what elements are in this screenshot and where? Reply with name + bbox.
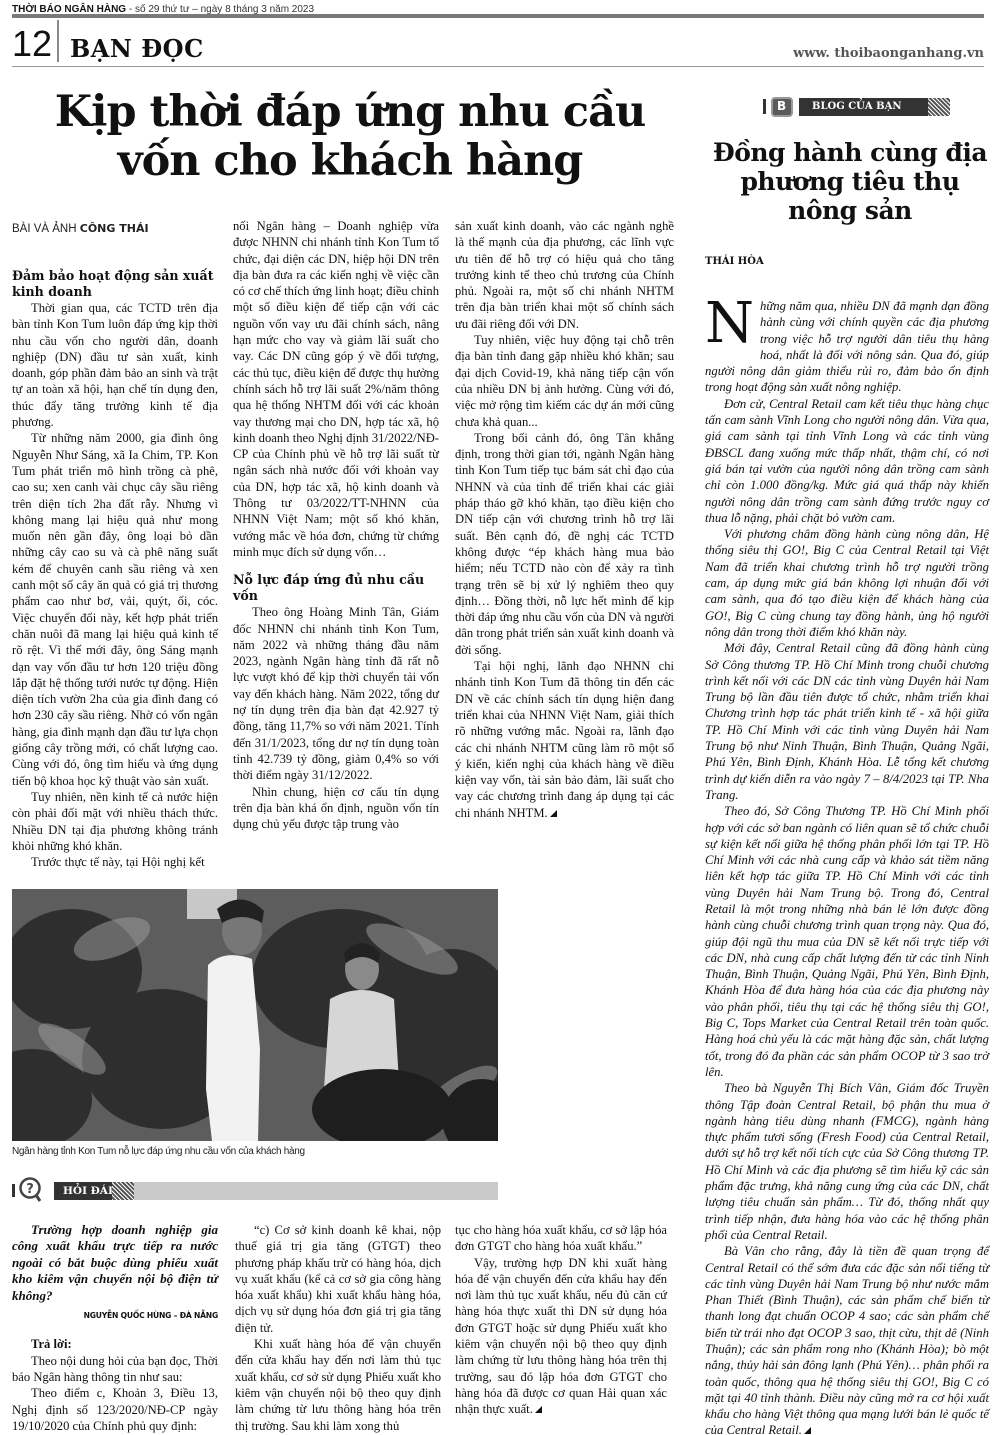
- paragraph: Với phương châm đồng hành cùng nông dân,…: [705, 526, 989, 640]
- paragraph: Đơn cử, Central Retail cam kết tiêu thục…: [705, 396, 989, 526]
- drop-cap: N: [705, 301, 754, 347]
- header-accent-bar: [12, 1184, 15, 1197]
- paragraph: Những năm qua, nhiều DN đã mạnh dạn đồng…: [705, 298, 989, 396]
- end-mark-icon: [804, 1427, 811, 1434]
- paragraph: “c) Cơ sở kinh doanh kê khai, nộp thuế g…: [235, 1222, 441, 1336]
- top-rule: [12, 14, 984, 18]
- paragraph: Theo đó, Sở Công Thương TP. Hồ Chí Minh …: [705, 803, 989, 1080]
- paragraph: Theo điểm c, Khoản 3, Điều 13, Nghị định…: [12, 1385, 218, 1434]
- hatch-decoration: [928, 98, 950, 116]
- hatch-decoration: [112, 1182, 134, 1200]
- coffee-farm-photo: [12, 889, 498, 1141]
- end-mark-icon: [535, 1406, 542, 1413]
- header-bar: [134, 1182, 498, 1200]
- blog-section-label: BLOG CỦA BẠN: [799, 98, 949, 116]
- paragraph: Khi xuất hàng hóa để vận chuyển đến cửa …: [235, 1336, 441, 1434]
- blog-body: Những năm qua, nhiều DN đã mạnh dạn đồng…: [705, 298, 989, 1435]
- section-title: BẠN ĐỌC: [70, 34, 204, 63]
- question-author: NGUYỄN QUỐC HÙNG – ĐÀ NẴNG: [12, 1308, 218, 1324]
- blog-author: THÁI HÒA: [705, 256, 764, 267]
- paragraph: Vậy, trường hợp DN khi xuất hàng hóa để …: [455, 1255, 667, 1418]
- qa-column-2: “c) Cơ sở kinh doanh kê khai, nộp thuế g…: [235, 1222, 441, 1434]
- blog-section-header: B BLOG CỦA BẠN: [763, 97, 949, 117]
- subheading: Nỗ lực đáp ứng đủ nhu cầu vốn: [233, 572, 439, 604]
- answer-label: Trả lời:: [12, 1336, 218, 1352]
- paragraph: Theo nội dung hỏi của bạn đọc, Thời báo …: [12, 1353, 218, 1386]
- article-column-3: sản xuất kinh doanh, vào các ngành nghề …: [455, 218, 674, 821]
- header-accent-bar: [763, 99, 766, 114]
- header-divider: [57, 20, 59, 62]
- qa-column-3: tục cho hàng hóa xuất khẩu, cơ sở lập hó…: [455, 1222, 667, 1418]
- paragraph: Trước thực tế này, tại Hội nghị kết: [12, 854, 218, 870]
- page-number: 12: [12, 26, 52, 62]
- reader-question: Trường hợp doanh nghiệp gia công xuất kh…: [12, 1222, 218, 1304]
- blogger-icon: B: [771, 97, 793, 117]
- paragraph: Tuy nhiên, việc huy động tại chỗ trên đị…: [455, 332, 674, 430]
- paragraph: Tại hội nghị, lãnh đạo NHNN chi nhánh tỉ…: [455, 658, 674, 821]
- website-url: www. thoibaonganhang.vn: [793, 46, 984, 61]
- paragraph: Theo ông Hoàng Minh Tân, Giám đốc NHNN c…: [233, 604, 439, 783]
- paragraph: Mới đây, Central Retail cũng đã đồng hàn…: [705, 640, 989, 803]
- paragraph: Nhìn chung, hiện cơ cấu tín dụng trên đị…: [233, 784, 439, 833]
- paragraph: Bà Vân cho rằng, đây là tiền đề quan trọ…: [705, 1243, 989, 1435]
- paragraph: Theo bà Nguyễn Thị Bích Vân, Giám đốc Tr…: [705, 1080, 989, 1243]
- paragraph: Tuy nhiên, nền kinh tế cả nước hiện còn …: [12, 789, 218, 854]
- paragraph: Từ những năm 2000, gia đình ông Nguyễn N…: [12, 430, 218, 789]
- question-magnifier-icon: ?: [18, 1177, 42, 1203]
- article-column-2: nối Ngân hàng – Doanh nghiệp vừa được NH…: [233, 218, 439, 832]
- paragraph: sản xuất kinh doanh, vào các ngành nghề …: [455, 218, 674, 332]
- author-name: CÔNG THÁI: [80, 222, 149, 235]
- article-column-1: Đảm bảo hoạt động sản xuất kinh doanh Th…: [12, 268, 218, 870]
- article-byline: BÀI VÀ ẢNH CÔNG THÁI: [12, 222, 149, 235]
- end-mark-icon: [550, 810, 557, 817]
- svg-text:?: ?: [26, 1182, 34, 1197]
- blog-headline: Đồng hành cùng địa phương tiêu thụ nông …: [705, 138, 995, 225]
- subheading: Đảm bảo hoạt động sản xuất kinh doanh: [12, 268, 218, 300]
- paragraph: nối Ngân hàng – Doanh nghiệp vừa được NH…: [233, 218, 439, 560]
- article-headline: Kịp thời đáp ứng nhu cầu vốn cho khách h…: [12, 88, 688, 186]
- paragraph: Thời gian qua, các TCTD trên địa bàn tỉn…: [12, 300, 218, 430]
- paragraph: Trong bối cảnh đó, ông Tân khẳng định, t…: [455, 430, 674, 658]
- paragraph: tục cho hàng hóa xuất khẩu, cơ sở lập hó…: [455, 1222, 667, 1255]
- article-photo: [12, 889, 498, 1141]
- qa-section-header: ? HỎI ĐÁP: [12, 1180, 498, 1200]
- photo-caption: Ngân hàng tỉnh Kon Tum nỗ lực đáp ứng nh…: [12, 1146, 305, 1157]
- header-rule: [12, 66, 984, 67]
- qa-column-1: Trường hợp doanh nghiệp gia công xuất kh…: [12, 1222, 218, 1434]
